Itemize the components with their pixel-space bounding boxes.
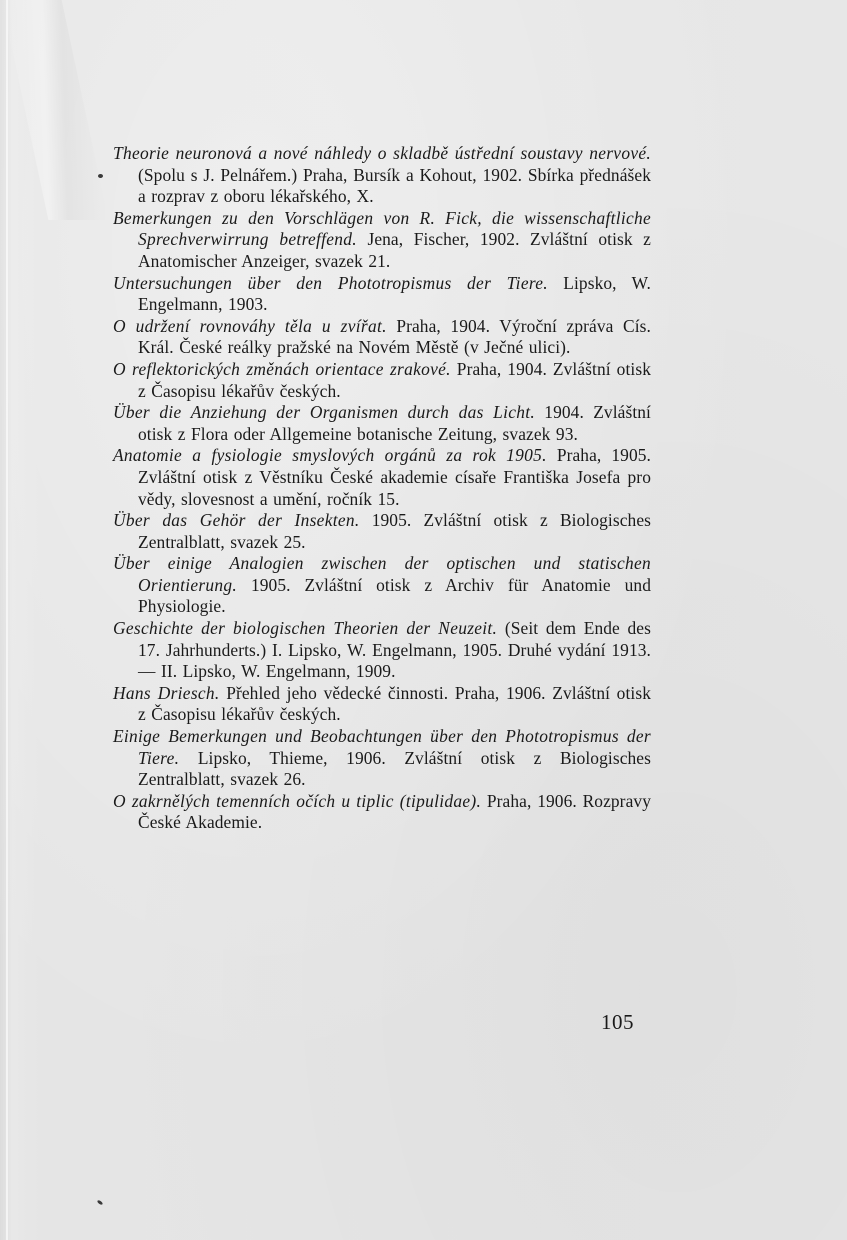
ink-speck [97, 1200, 104, 1206]
page-edge [6, 0, 8, 1240]
bibliography-list: Theorie neuronová a nové náhledy o sklad… [113, 143, 651, 834]
entry-details: (Spolu s J. Pelnářem.) Praha, Bursík a K… [138, 165, 651, 207]
paper-fold-shadow [2, 0, 109, 220]
entry-title: Theorie neuronová a nové náhledy o sklad… [113, 143, 651, 163]
entry-title: O reflektorických změnách orientace zrak… [113, 359, 451, 379]
bibliography-entry-13: O zakrnělých temenních očích u tiplic (t… [113, 791, 651, 834]
bibliography-entry-1: Theorie neuronová a nové náhledy o sklad… [113, 143, 651, 208]
ink-speck [98, 174, 103, 178]
entry-title: Über das Gehör der Insekten. [113, 510, 360, 530]
entry-title: O zakrnělých temenních očích u tiplic (t… [113, 791, 481, 811]
bibliography-entry-5: O reflektorických změnách orientace zrak… [113, 359, 651, 402]
bibliography-entry-4: O udržení rovnováhy těla u zvířat. Praha… [113, 316, 651, 359]
bibliography-entry-3: Untersuchungen über den Phototropismus d… [113, 273, 651, 316]
entry-title: Geschichte der biologischen Theorien der… [113, 618, 497, 638]
page-number: 105 [601, 1010, 634, 1035]
bibliography-entry-7: Anatomie a fysiologie smyslových orgánů … [113, 445, 651, 510]
bibliography-entry-11: Hans Driesch. Přehled jeho vědecké činno… [113, 683, 651, 726]
entry-title: Über die Anziehung der Organismen durch … [113, 402, 535, 422]
entry-title: Hans Driesch. [113, 683, 220, 703]
bibliography-entry-2: Bemerkungen zu den Vorschlägen von R. Fi… [113, 208, 651, 273]
entry-title: Anatomie a fysiologie smyslových orgánů … [113, 445, 547, 465]
bibliography-entry-8: Über das Gehör der Insekten. 1905. Zvláš… [113, 510, 651, 553]
entry-title: O udržení rovnováhy těla u zvířat. [113, 316, 387, 336]
bibliography-entry-12: Einige Bemerkungen und Beobachtungen übe… [113, 726, 651, 791]
bibliography-entry-9: Über einige Analogien zwischen der optis… [113, 553, 651, 618]
entry-details: Lipsko, Thieme, 1906. Zvláštní otisk z B… [138, 748, 651, 790]
bibliography-entry-6: Über die Anziehung der Organismen durch … [113, 402, 651, 445]
bibliography-entry-10: Geschichte der biologischen Theorien der… [113, 618, 651, 683]
entry-title: Untersuchungen über den Phototropismus d… [113, 273, 548, 293]
